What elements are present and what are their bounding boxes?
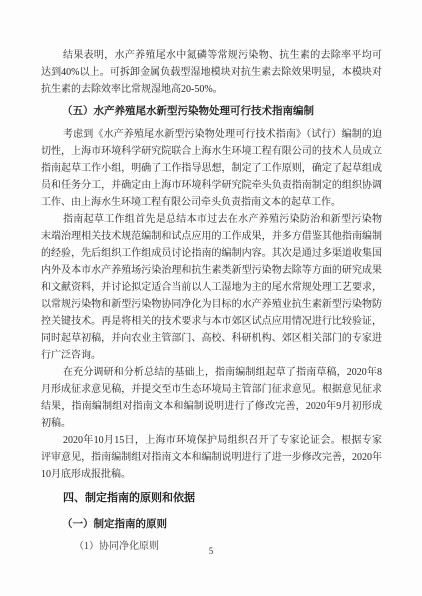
heading-section-5-guideline-compilation: （五）水产养殖尾水新型污染物处理可行技术指南编制 xyxy=(41,103,382,120)
paragraph-expert-review: 2020年10月15日，上海市环境保护局组织召开了专家论证会。根据专家评审意见，… xyxy=(41,432,382,483)
paragraph-results-summary: 结果表明，水产养殖尾水中氮磷等常规污染物、抗生素的去除率平均可达到40%以上。可… xyxy=(41,47,382,98)
document-page: 结果表明，水产养殖尾水中氮磷等常规污染物、抗生素的去除率平均可达到40%以上。可… xyxy=(0,0,422,596)
paragraph-draft-revision: 在充分调研和分析总结的基础上，指南编制组起草了指南草稿，2020年8月形成征求意… xyxy=(41,364,382,432)
heading-subsection-1-principles: （一）制定指南的原则 xyxy=(41,516,382,533)
heading-chapter-4-principles-and-basis: 四、制定指南的原则和依据 xyxy=(41,490,382,507)
paragraph-drafting-process: 指南起草工作组首先是总结本市过去在水产养殖污染防治和新型污染物末端治理相关技术规… xyxy=(41,211,382,364)
page-number: 5 xyxy=(0,546,422,556)
page-content: 结果表明，水产养殖尾水中氮磷等常规污染物、抗生素的去除率平均可达到40%以上。可… xyxy=(41,47,382,555)
paragraph-drafting-group: 考虑到《水产养殖尾水新型污染物处理可行技术指南》（试行）编制的迫切性，上海市环境… xyxy=(41,126,382,211)
